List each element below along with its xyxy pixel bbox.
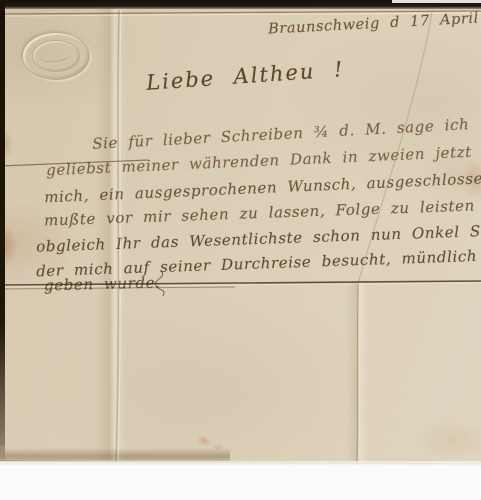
- vertical-fold-shadow-right: [346, 282, 368, 464]
- scan-edge-left: [0, 0, 5, 462]
- salutation-handwriting: Liebe Altheu !: [145, 57, 345, 95]
- paper-bottom-edge-highlight: [0, 461, 481, 467]
- bottom-fold-shadow: [0, 448, 230, 462]
- scan-background-sliver: [392, 0, 481, 3]
- scanned-letter-photo: Braunschweig d 17 April 183 Liebe Altheu…: [0, 0, 481, 500]
- embossed-seal: [22, 32, 90, 80]
- rust-spot-bottom-center: [195, 434, 213, 449]
- letter-paper-sheet: Braunschweig d 17 April 183 Liebe Altheu…: [0, 0, 481, 466]
- body-line-7: geben wurde.: [44, 273, 161, 294]
- stain-bottom-right: [418, 420, 481, 460]
- dateline-handwriting: Braunschweig d 17 April 183: [268, 8, 481, 37]
